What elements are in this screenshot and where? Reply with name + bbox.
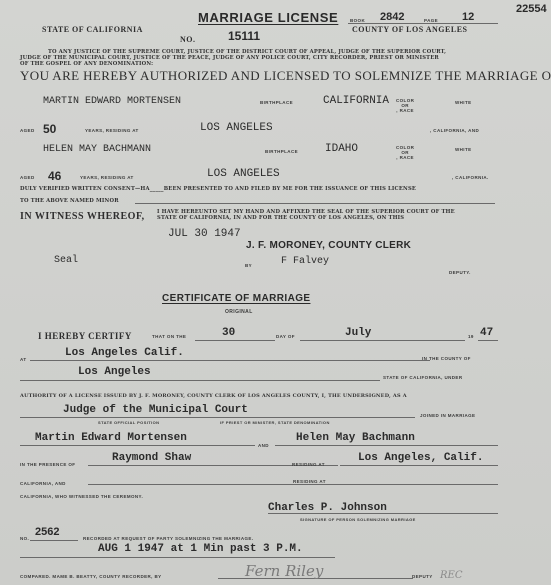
authority-text: AUTHORITY OF A LICENSE ISSUED BY J. F. M… — [20, 393, 407, 399]
record-number: 2562 — [35, 526, 59, 538]
recording-deputy-label: DEPUTY — [412, 574, 433, 579]
party2-birthplace-label: BIRTHPLACE — [265, 149, 298, 154]
deputy-label: DEPUTY. — [449, 270, 471, 275]
party2-name: HELEN MAY BACHMANN — [43, 144, 151, 155]
bride-name: Helen May Bachmann — [296, 432, 415, 444]
party1-suffix: , CALIFORNIA, AND — [430, 128, 479, 133]
compared-text: COMPARED. MAME B. BEATTY, COUNTY RECORDE… — [20, 574, 162, 579]
marriage-license-document: 22554 STATE OF CALIFORNIA MARRIAGE LICEN… — [0, 0, 551, 585]
party2-race: WHITE — [455, 147, 472, 152]
page-value: 12 — [462, 11, 474, 23]
county-header: COUNTY OF LOS ANGELES — [352, 25, 467, 34]
deputy-recorder-signature: Fern Riley — [245, 562, 323, 580]
groom-name: Martin Edward Mortensen — [35, 432, 187, 444]
corner-number: 22554 — [516, 3, 547, 15]
state-label: STATE OF CALIFORNIA — [42, 25, 143, 34]
state-under-label: STATE OF CALIFORNIA, UNDER — [383, 375, 462, 380]
party2-aged-label: AGED — [20, 175, 35, 180]
witness1-name: Raymond Shaw — [112, 452, 191, 464]
certify-label: I HEREBY CERTIFY — [38, 331, 132, 341]
in-county-label: IN THE COUNTY OF — [422, 356, 471, 361]
consent-line1: DULY VERIFIED WRITTEN CONSENT—HA_____BEE… — [20, 186, 416, 192]
residing-label-2: RESIDING AT — [293, 479, 326, 484]
license-number: 15111 — [228, 29, 260, 43]
book-value: 2842 — [380, 11, 404, 23]
year-label: 19 — [468, 334, 474, 339]
party1-residence: LOS ANGELES — [200, 122, 273, 134]
ceremony-place: Los Angeles Calif. — [65, 347, 184, 359]
deputy-name: F Falvey — [281, 256, 329, 267]
party2-residence: LOS ANGELES — [207, 168, 280, 180]
ceremony-day: 30 — [222, 327, 235, 339]
initials-mark: REC — [440, 570, 462, 581]
seal-text: Seal — [54, 255, 78, 266]
record-no-label: NO. — [20, 536, 29, 541]
joined-label: JOINED IN MARRIAGE — [420, 413, 475, 418]
authorization-statement: YOU ARE HEREBY AUTHORIZED AND LICENSED T… — [20, 68, 551, 84]
document-title: MARRIAGE LICENSE — [198, 10, 338, 25]
party2-birthplace: IDAHO — [325, 143, 358, 155]
party1-name: MARTIN EDWARD MORTENSEN — [43, 96, 181, 107]
issue-date: JUL 30 1947 — [168, 228, 241, 240]
party2-suffix: , CALIFORNIA. — [452, 175, 489, 180]
officiant-signature: Charles P. Johnson — [268, 502, 387, 514]
by-label: BY — [245, 263, 252, 268]
ceremony-year: 47 — [480, 327, 493, 339]
that-on-label: THAT ON THE — [152, 334, 186, 339]
witness-text-line2: STATE OF CALIFORNIA, IN AND FOR THE COUN… — [157, 215, 404, 221]
position-caption: STATE OFFICIAL POSITION — [98, 420, 159, 425]
party2-residing-label: YEARS, RESIDING AT — [80, 175, 134, 180]
california-and-label: CALIFORNIA, AND — [20, 481, 66, 486]
recorded-text: RECORDED AT REQUEST OF PARTY SOLEMNIZING… — [83, 536, 253, 541]
official-position: Judge of the Municipal Court — [63, 404, 248, 416]
license-no-label: NO. — [180, 35, 196, 44]
party1-age: 50 — [43, 122, 56, 136]
presence-label: IN THE PRESENCE OF — [20, 462, 75, 467]
residing-label-1: RESIDING AT — [292, 462, 325, 467]
party1-race: WHITE — [455, 100, 472, 105]
certificate-subtitle: ORIGINAL — [225, 309, 253, 315]
witness-heading: IN WITNESS WHEREOF, — [20, 211, 145, 222]
party1-birthplace: CALIFORNIA — [323, 95, 389, 107]
ceremony-county: Los Angeles — [78, 366, 151, 378]
certificate-title: CERTIFICATE OF MARRIAGE — [162, 293, 310, 304]
at-label: AT — [20, 357, 26, 362]
party1-color-label: COLOROR, RACE — [396, 98, 414, 113]
witness1-residence: Los Angeles, Calif. — [358, 452, 483, 464]
and-label: AND — [258, 443, 269, 448]
denomination-caption: IF PRIEST OR MINISTER, STATE DENOMINATIO… — [220, 420, 330, 425]
party2-color-label: COLOROR, RACE — [396, 145, 414, 160]
party1-birthplace-label: BIRTHPLACE — [260, 100, 293, 105]
signature-caption: SIGNATURE OF PERSON SOLEMNIZING MARRIAGE — [300, 517, 416, 522]
party1-residing-label: YEARS, RESIDING AT — [85, 128, 139, 133]
day-of-label: DAY OF — [276, 334, 295, 339]
party1-aged-label: AGED — [20, 128, 35, 133]
county-clerk: J. F. MORONEY, COUNTY CLERK — [246, 240, 411, 251]
california-witnessed-label: CALIFORNIA, WHO WITNESSED THE CEREMONY. — [20, 494, 143, 499]
ceremony-month: July — [345, 327, 371, 339]
preamble-line3: OF THE GOSPEL OF ANY DENOMINATION: — [20, 61, 153, 67]
party2-age: 46 — [48, 169, 61, 183]
consent-line2: TO THE ABOVE NAMED MINOR — [20, 198, 119, 204]
recorded-date: AUG 1 1947 at 1 Min past 3 P.M. — [98, 543, 303, 555]
